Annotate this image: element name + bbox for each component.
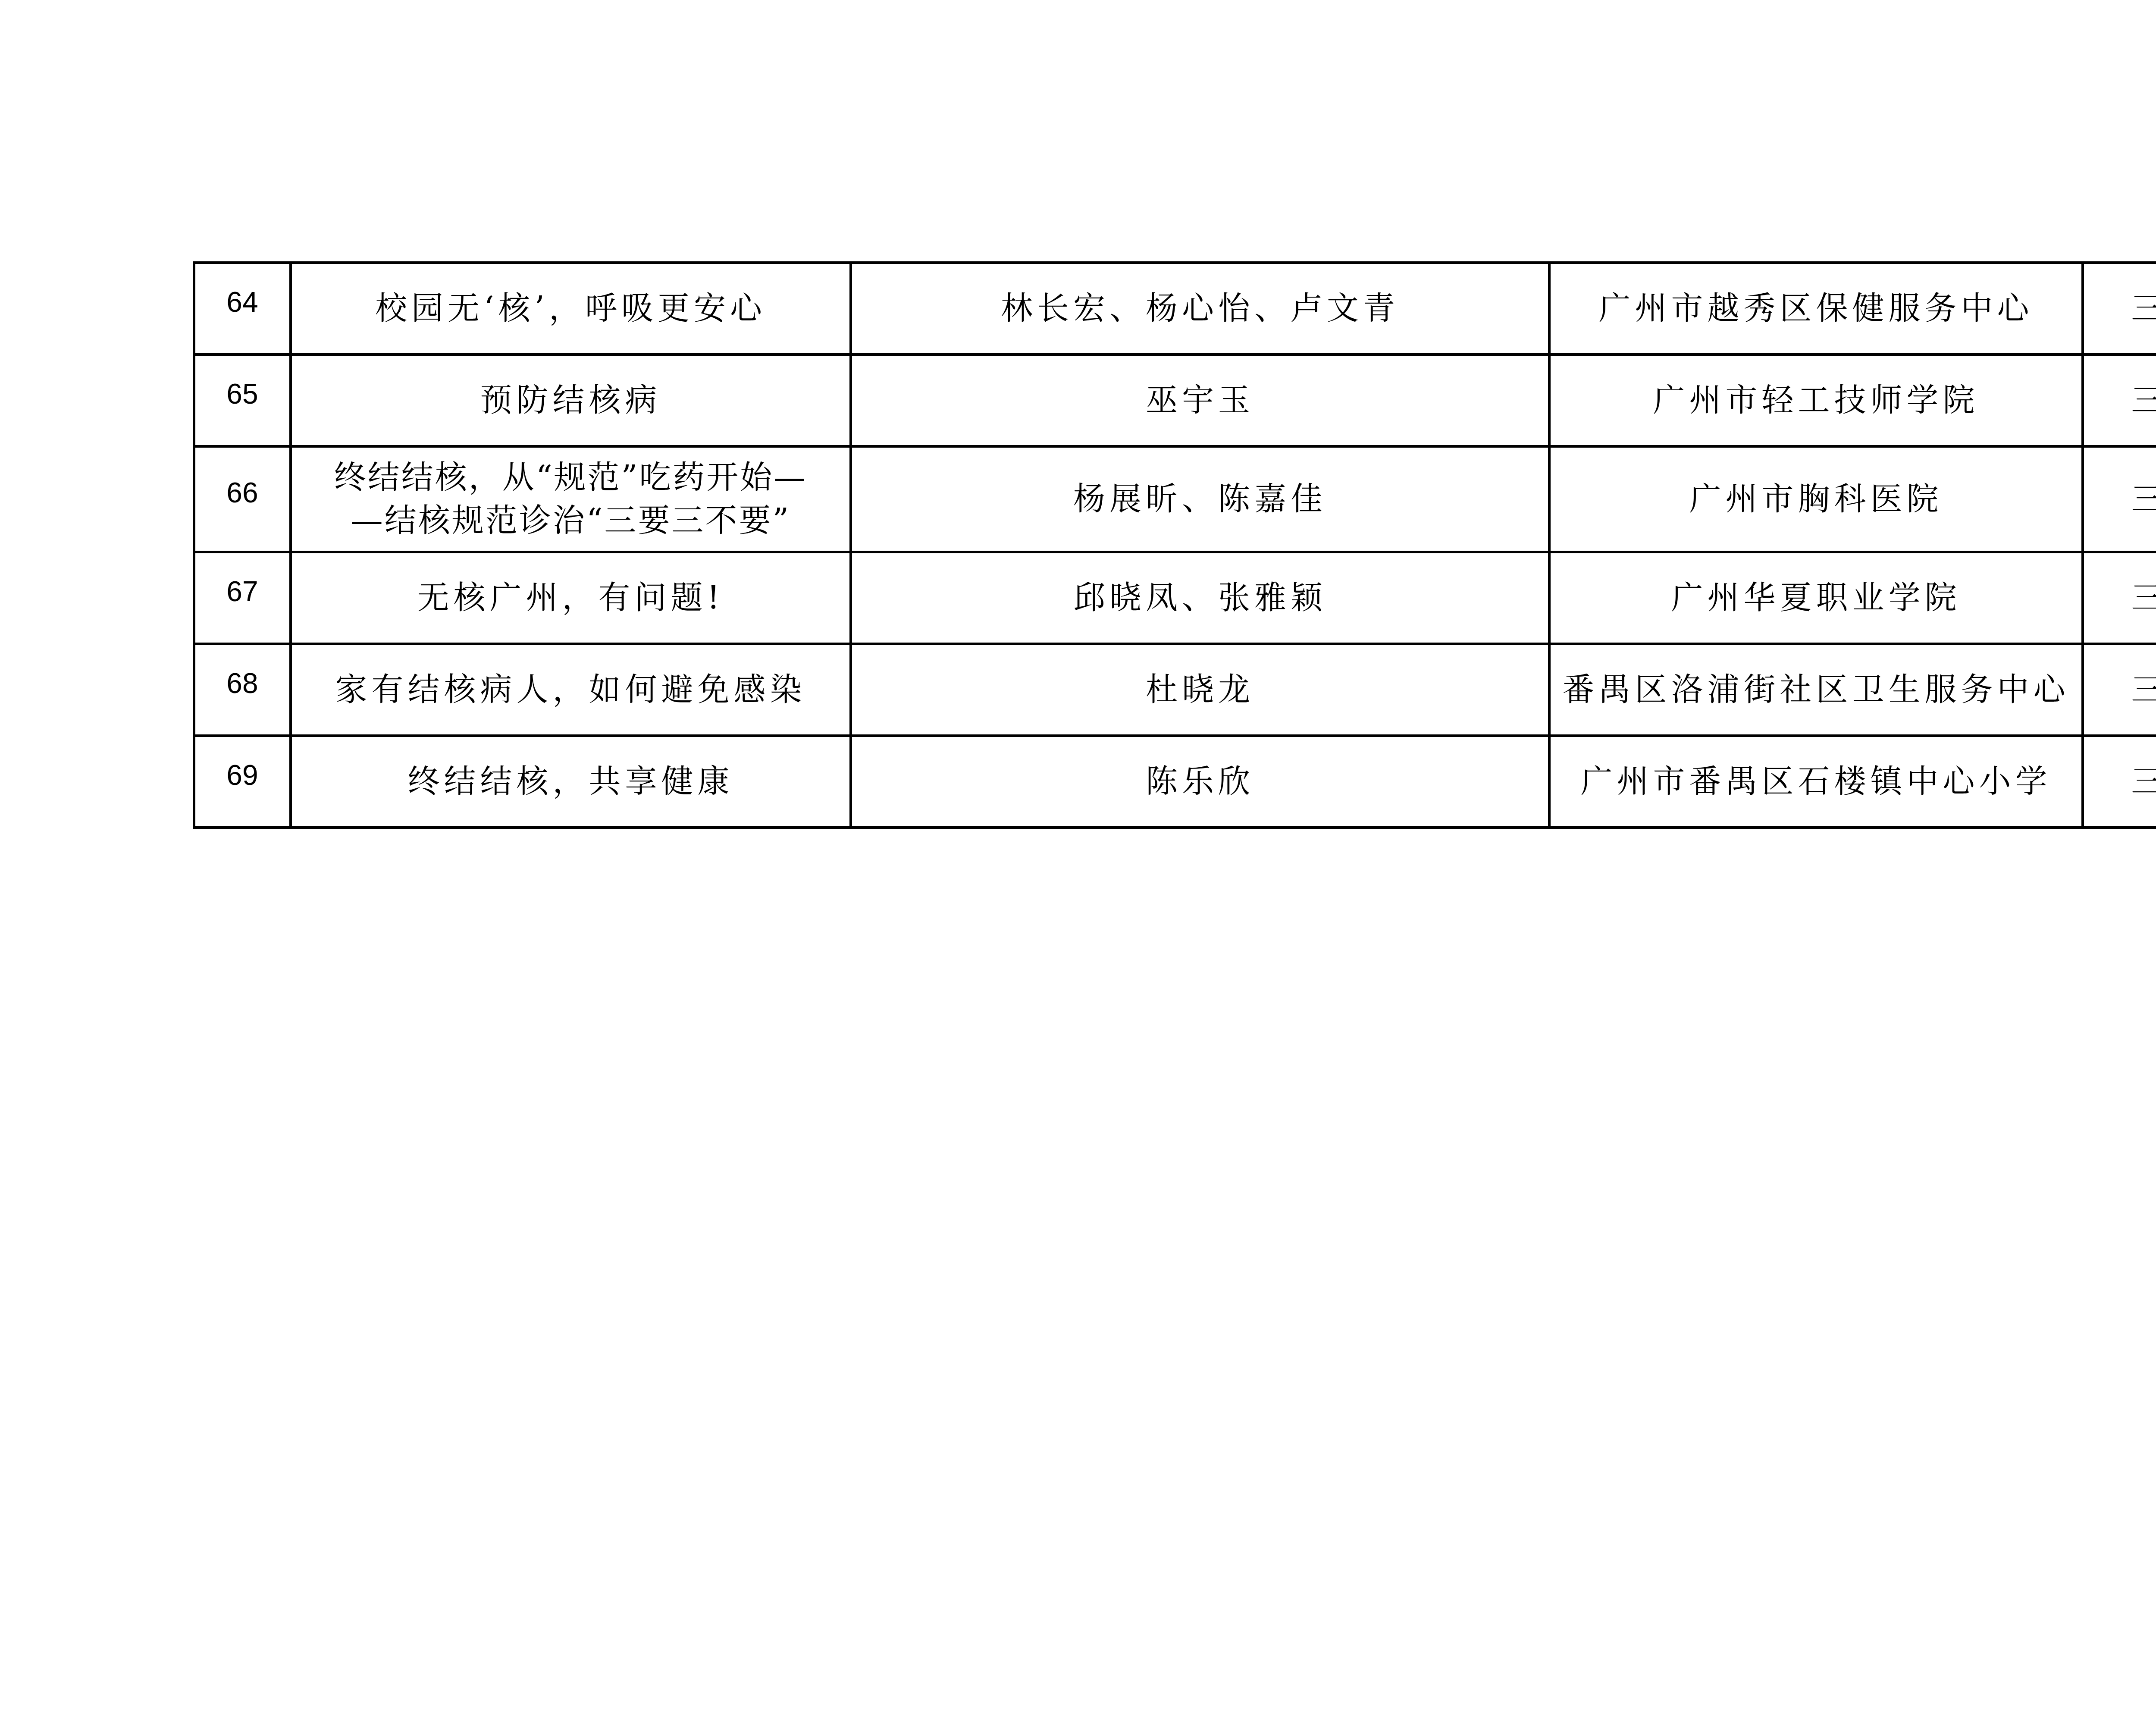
work-title: 终结结核，共享健康 xyxy=(291,736,851,828)
authors: 陈乐欣 xyxy=(851,736,1549,828)
organization: 番禺区洛浦街社区卫生服务中心 xyxy=(1549,644,2083,736)
work-title: 校园无‘核’，呼吸更安心 xyxy=(291,263,851,354)
document-page: 64 校园无‘核’，呼吸更安心 林长宏、杨心怡、卢文青 广州市越秀区保健服务中心… xyxy=(0,0,2156,1725)
organization: 广州市胸科医院 xyxy=(1549,446,2083,552)
authors: 邱晓凤、张雅颖 xyxy=(851,552,1549,644)
table-row: 64 校园无‘核’，呼吸更安心 林长宏、杨心怡、卢文青 广州市越秀区保健服务中心… xyxy=(194,263,2156,354)
organization: 广州市越秀区保健服务中心 xyxy=(1549,263,2083,354)
work-title: 家有结核病人，如何避免感染 xyxy=(291,644,851,736)
work-title: 预防结核病 xyxy=(291,354,851,446)
work-title: 无核广州，有问题! xyxy=(291,552,851,644)
row-number: 65 xyxy=(194,354,291,446)
organization: 广州华夏职业学院 xyxy=(1549,552,2083,644)
prize: 三等奖 xyxy=(2083,446,2156,552)
prize: 三等奖 xyxy=(2083,263,2156,354)
authors: 林长宏、杨心怡、卢文青 xyxy=(851,263,1549,354)
prize: 三等奖 xyxy=(2083,354,2156,446)
table-row: 67 无核广州，有问题! 邱晓凤、张雅颖 广州华夏职业学院 三等奖 xyxy=(194,552,2156,644)
awards-table: 64 校园无‘核’，呼吸更安心 林长宏、杨心怡、卢文青 广州市越秀区保健服务中心… xyxy=(193,261,2156,829)
table-row: 65 预防结核病 巫宇玉 广州市轻工技师学院 三等奖 xyxy=(194,354,2156,446)
row-number: 66 xyxy=(194,446,291,552)
prize: 三等奖 xyxy=(2083,644,2156,736)
authors: 杨展昕、陈嘉佳 xyxy=(851,446,1549,552)
prize: 三等奖 xyxy=(2083,736,2156,828)
authors: 巫宇玉 xyxy=(851,354,1549,446)
work-title: 终结结核，从“规范”吃药开始— —结核规范诊治“三要三不要” xyxy=(291,446,851,552)
prize: 三等奖 xyxy=(2083,552,2156,644)
organization: 广州市番禺区石楼镇中心小学 xyxy=(1549,736,2083,828)
row-number: 64 xyxy=(194,263,291,354)
table-row: 68 家有结核病人，如何避免感染 杜晓龙 番禺区洛浦街社区卫生服务中心 三等奖 xyxy=(194,644,2156,736)
table-row: 69 终结结核，共享健康 陈乐欣 广州市番禺区石楼镇中心小学 三等奖 xyxy=(194,736,2156,828)
row-number: 68 xyxy=(194,644,291,736)
row-number: 69 xyxy=(194,736,291,828)
authors: 杜晓龙 xyxy=(851,644,1549,736)
row-number: 67 xyxy=(194,552,291,644)
organization: 广州市轻工技师学院 xyxy=(1549,354,2083,446)
table-row: 66 终结结核，从“规范”吃药开始— —结核规范诊治“三要三不要” 杨展昕、陈嘉… xyxy=(194,446,2156,552)
